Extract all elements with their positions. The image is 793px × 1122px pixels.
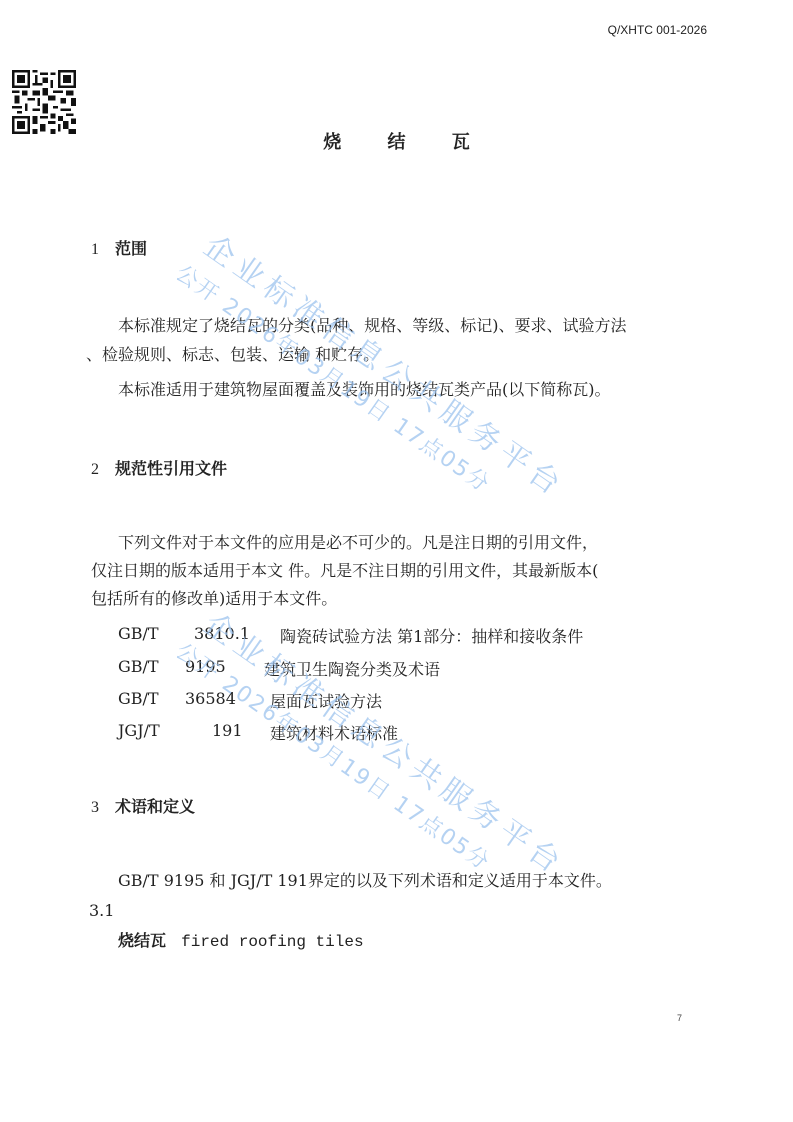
term-number: 3.1 <box>89 897 114 925</box>
reference-number: 36584 <box>185 689 236 708</box>
reference-number: 3810.1 <box>194 624 250 643</box>
reference-type: GB/T <box>118 624 159 643</box>
title-char: 结 <box>388 128 406 154</box>
paragraph: 下列文件对于本文件的应用是必不可少的。凡是注日期的引用文件， <box>118 529 598 557</box>
section-heading-3: 3术语和定义 <box>91 794 195 817</box>
term-entry: 烧结瓦 fired roofing tiles <box>118 927 364 956</box>
section-heading-2: 2规范性引用文件 <box>91 456 227 479</box>
reference-type: GB/T <box>118 689 159 708</box>
reference-title: 建筑材料术语标准 <box>270 721 398 744</box>
paragraph: 本标准适用于建筑物屋面覆盖及装饰用的烧结瓦类产品(以下简称瓦)。 <box>118 376 611 404</box>
page-number: 7 <box>677 1013 682 1023</box>
section-number: 1 <box>91 241 99 258</box>
paragraph: 、检验规则、标志、包装、运输 和贮存。 <box>86 341 379 369</box>
term-en: fired roofing tiles <box>181 933 363 951</box>
paragraph: 包括所有的修改单)适用于本文件。 <box>91 585 337 613</box>
section-title: 术语和定义 <box>115 797 195 816</box>
qr-code-icon <box>12 70 76 134</box>
reference-number: 9195 <box>185 657 226 676</box>
title-char: 烧 <box>323 128 341 154</box>
paragraph: GB/T 9195 和 JGJ/T 191界定的以及下列术语和定义适用于本文件。 <box>118 867 612 895</box>
paragraph: 仅注日期的版本适用于本文 件。凡是不注日期的引用文件，其最新版本( <box>91 557 598 585</box>
section-title: 规范性引用文件 <box>115 459 227 478</box>
section-number: 3 <box>91 799 99 816</box>
reference-number: 191 <box>212 721 243 740</box>
standard-code: Q/XHTC 001-2026 <box>608 23 707 37</box>
reference-title: 陶瓷砖试验方法 第1部分：抽样和接收条件 <box>280 624 583 647</box>
title-char: 瓦 <box>452 128 470 154</box>
section-heading-1: 1范围 <box>91 236 147 259</box>
document-title: 烧 结 瓦 <box>0 128 793 154</box>
reference-type: JGJ/T <box>118 721 160 740</box>
reference-title: 屋面瓦试验方法 <box>270 689 382 712</box>
term-zh: 烧结瓦 <box>118 931 166 950</box>
section-number: 2 <box>91 461 99 478</box>
section-title: 范围 <box>115 239 147 258</box>
reference-title: 建筑卫生陶瓷分类及术语 <box>264 657 440 680</box>
paragraph: 本标准规定了烧结瓦的分类(品种、规格、等级、标记)、要求、试验方法 <box>118 312 627 340</box>
reference-type: GB/T <box>118 657 159 676</box>
